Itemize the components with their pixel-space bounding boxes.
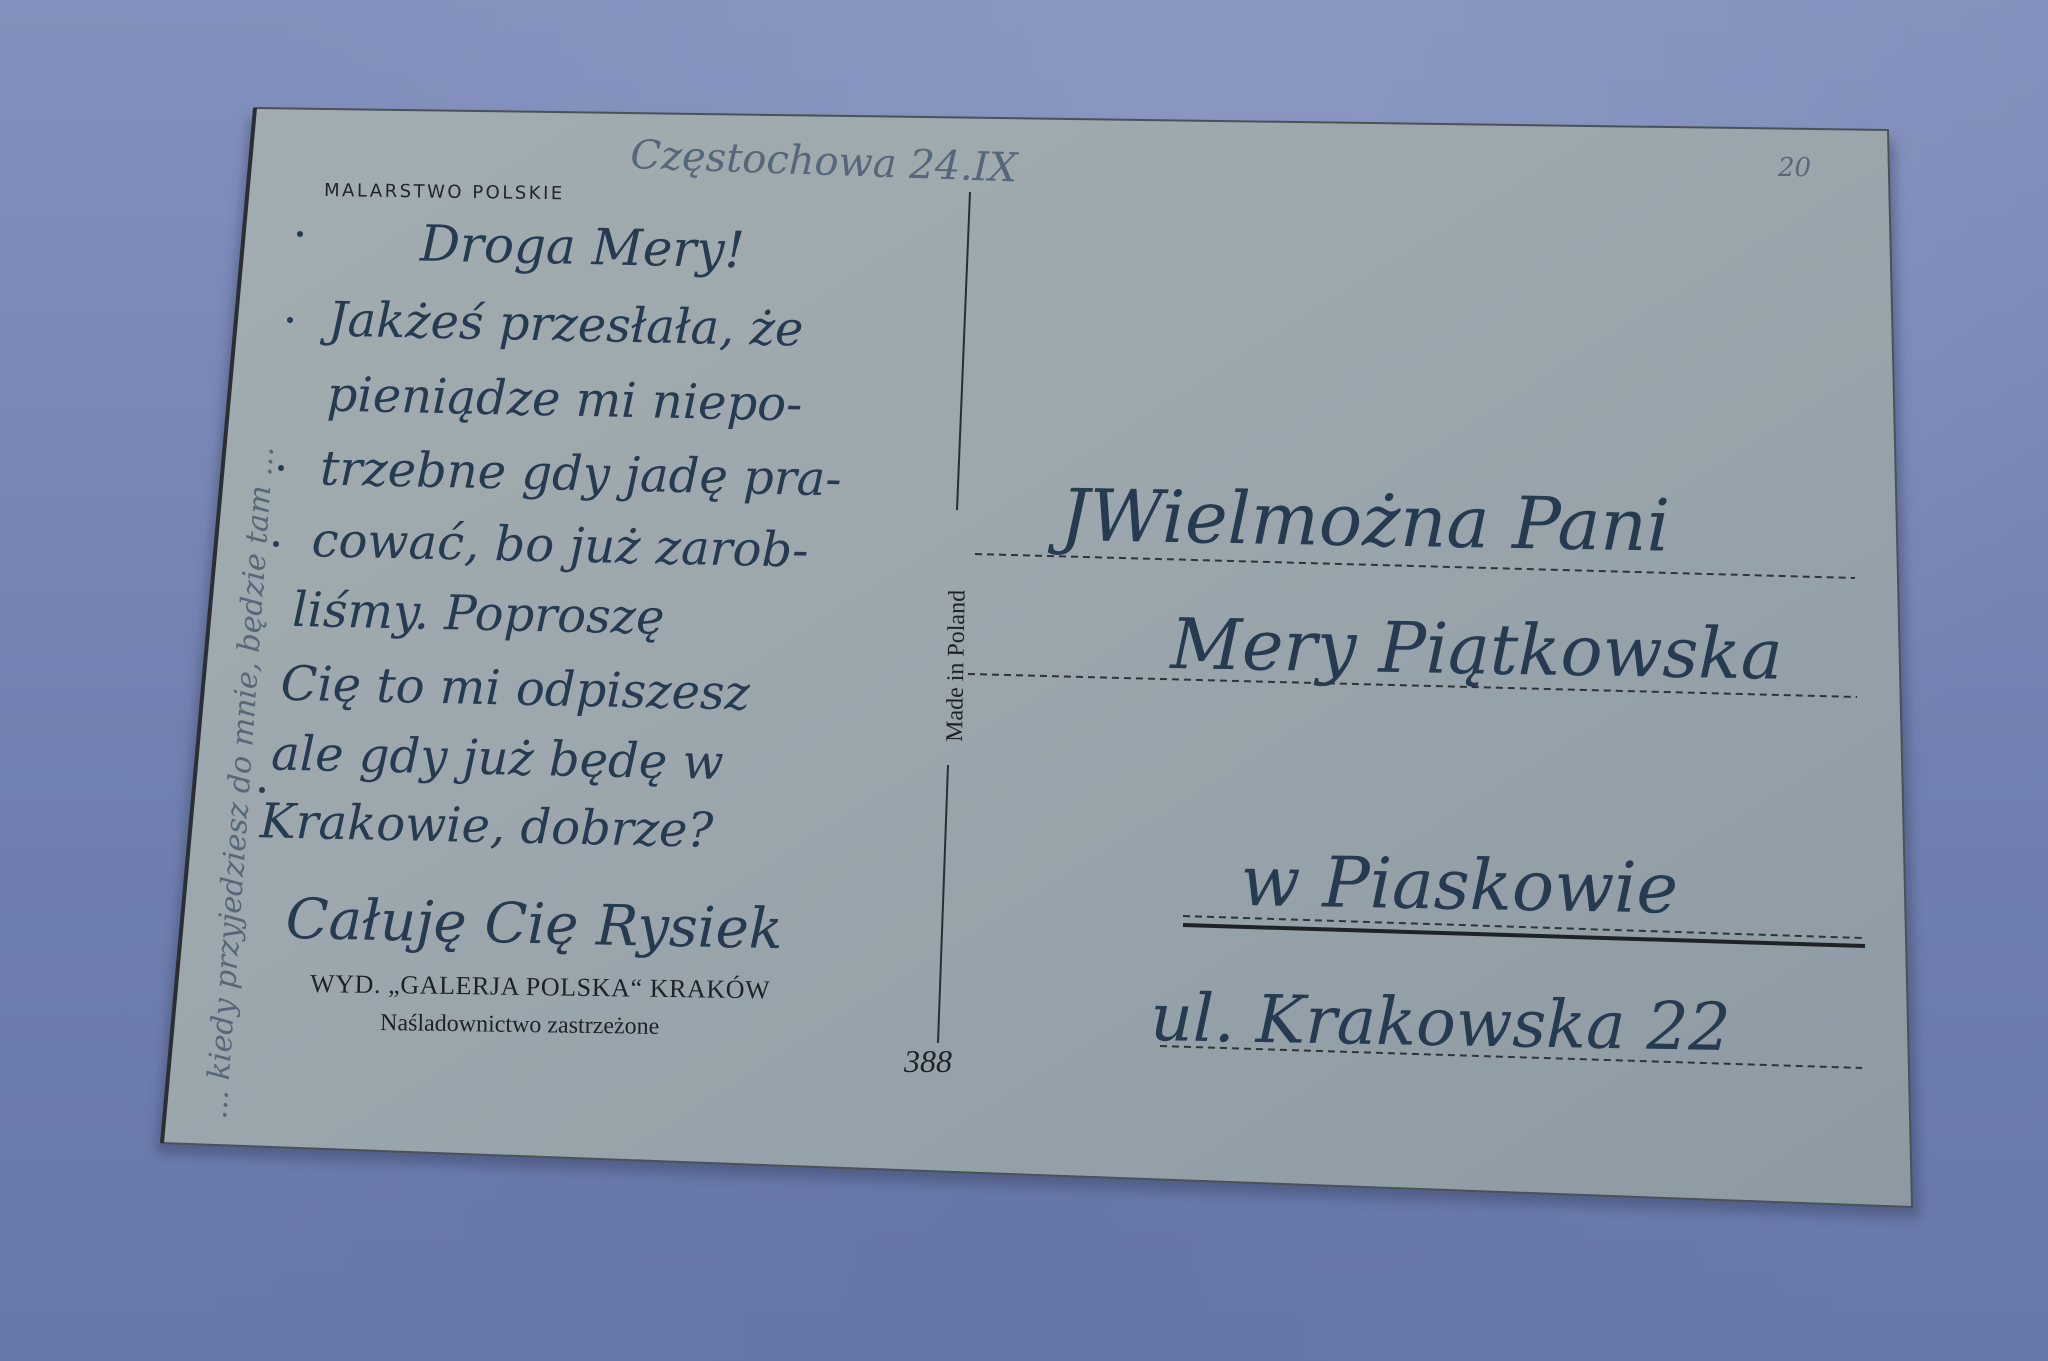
closing-signature: Całuję Cię Rysiek (285, 887, 783, 962)
message-line: trzebne gdy jadę pra- (320, 440, 843, 507)
corner-pencil-number: 20 (1777, 153, 1811, 183)
ink-dot (278, 465, 284, 471)
ink-dot (273, 541, 279, 547)
message-line: Krakowie, dobrze? (258, 793, 714, 859)
postcard: MALARSTWO POLSKIE Częstochowa 24.IX 20 …… (0, 0, 2048, 1361)
message-line: cować, bo już zarob- (311, 512, 809, 578)
greeting: Droga Mery! (418, 214, 745, 279)
ink-dot (287, 317, 293, 323)
message-line: Cię to mi odpiszesz (280, 656, 751, 722)
address-line-3: w Piaskowie (1240, 840, 1679, 930)
address-line-1: JWielmożna Pani (1047, 473, 1671, 568)
ink-dot (259, 787, 265, 793)
message-line: Jakżeś przesłała, że (319, 291, 804, 357)
publisher-line-2: Naśladownictwo zastrzeżone (380, 1010, 660, 1040)
message-line: ale gdy już będę w (271, 726, 724, 791)
card-number: 388 (903, 1043, 952, 1079)
made-in-poland: Made in Poland (942, 590, 971, 742)
message-line: liśmy. Poproszę (292, 582, 665, 646)
address-line-2: Mery Piątkowska (1168, 603, 1784, 696)
address-line-4: ul. Krakowska 22 (1150, 979, 1731, 1066)
ink-dot (297, 231, 303, 237)
message-line: pieniądze mi niepo- (326, 367, 803, 433)
series-header: MALARSTWO POLSKIE (324, 180, 565, 204)
